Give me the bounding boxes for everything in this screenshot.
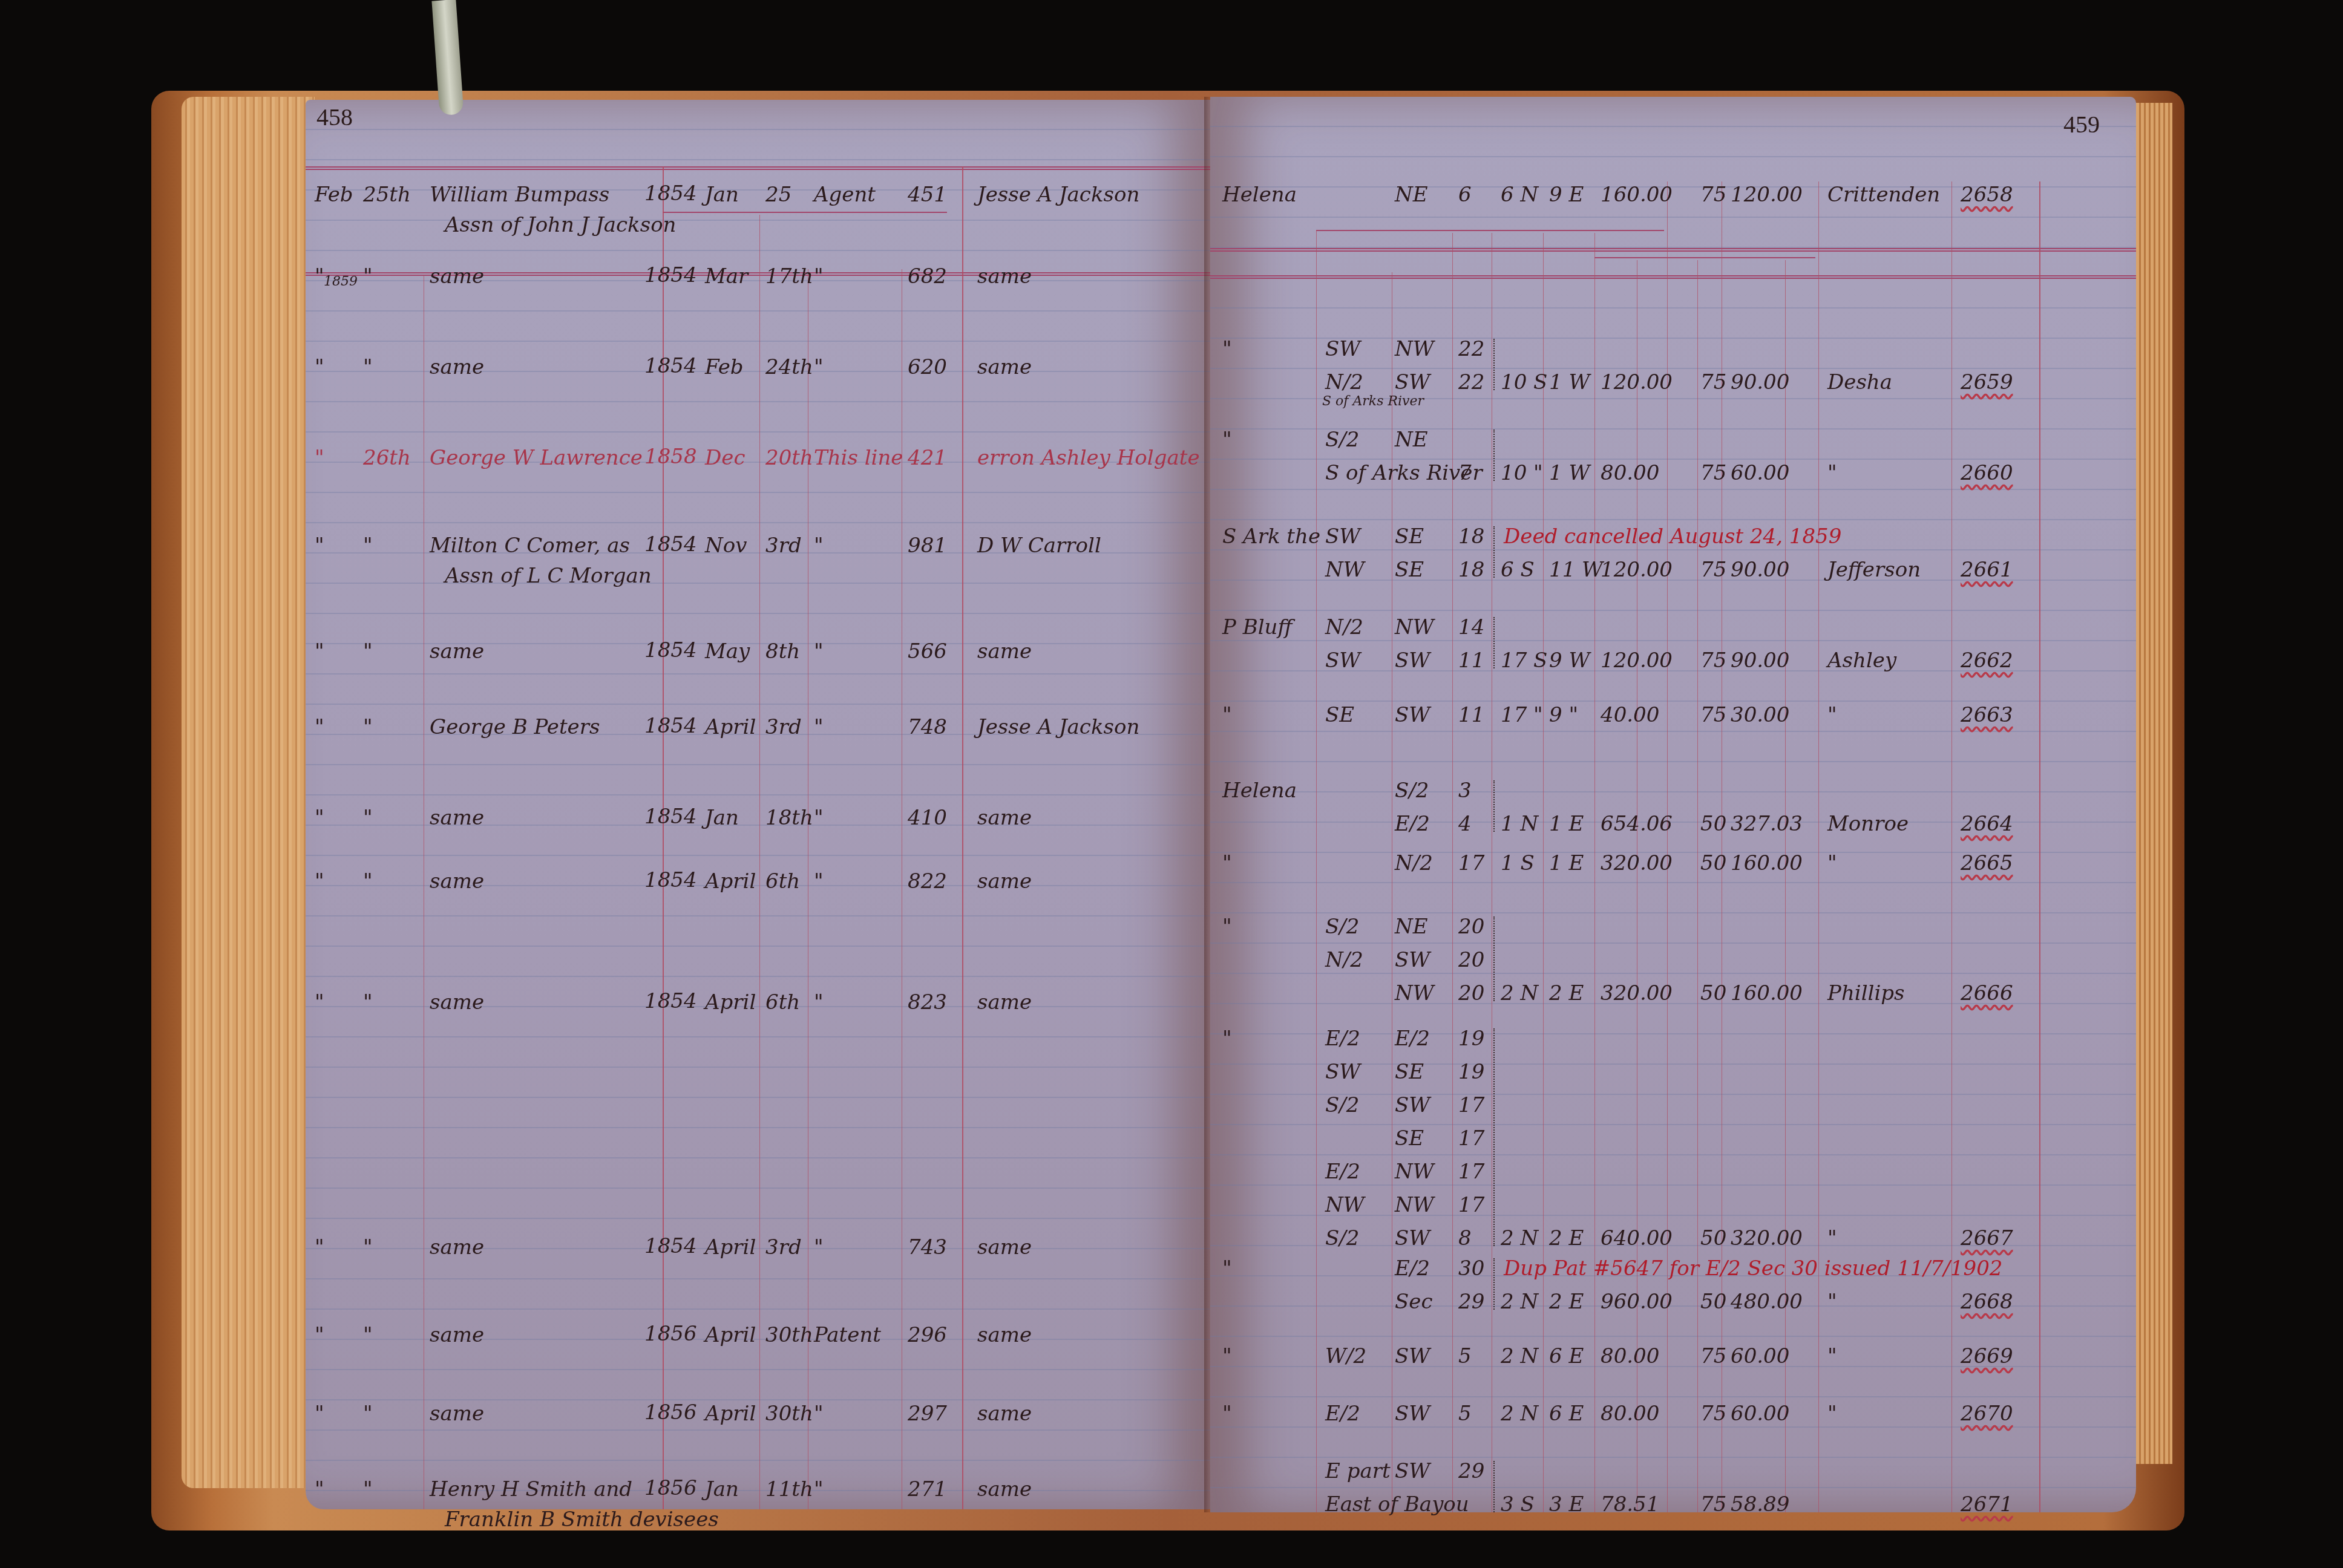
col-divider [1594,233,1595,1512]
left-entry-date-month: Mar [705,266,748,287]
township: 10 " [1501,463,1543,483]
rate-cents: 50 [1700,1292,1726,1312]
left-entry-date-month: Nov [705,535,747,556]
subdivision-part: E/2 [1325,1161,1360,1182]
header-subrule [1316,230,1664,231]
section-number: 17 [1458,1095,1484,1116]
left-entry-date-year: 1858 [644,446,697,467]
red-annotation: Dup Pat #5647 for E/2 Sec 30 issued 11/7… [1504,1258,2003,1279]
rate-cents: 75 [1700,650,1726,671]
grouping-brace [1493,780,1499,832]
section-number: 18 [1458,560,1484,580]
amount-paid: 90.00 [1731,650,1789,671]
left-entry-day: " [363,266,373,287]
col-divider [759,215,760,1509]
page-number-left: 458 [316,103,353,131]
left-entry-day: " [363,641,373,662]
subdivision-part: East of Bayou [1325,1494,1469,1515]
section-number: 22 [1458,372,1484,393]
grouping-brace [1493,430,1499,481]
rate-cents: 75 [1700,1346,1726,1367]
certificate-number: 2668 [1961,1292,2013,1312]
left-entry-date-year: 1854 [644,640,697,661]
left-entry-type: " [814,992,824,1013]
county: " [1827,1403,1837,1424]
subdivision-part: E/2 [1325,1403,1360,1424]
rate-cents: 50 [1700,1228,1726,1249]
land-office: " [1222,430,1232,450]
range: 3 E [1549,1494,1584,1515]
header-subrule [663,212,947,213]
left-entry-agent: same [977,1403,1032,1424]
land-office: " [1222,1028,1232,1049]
top-rule [306,166,1210,170]
section-number: 7 [1458,463,1472,483]
left-entry-agent: Jesse A Jackson [977,185,1139,205]
amount-paid: 160.00 [1731,983,1803,1004]
acres: 160.00 [1601,185,1673,205]
rate-cents: 50 [1700,983,1726,1004]
grouping-brace [1493,339,1499,390]
left-entry-date-day: 3rd [765,1237,802,1258]
rate-cents: 75 [1700,463,1726,483]
left-entry-day: " [363,1403,373,1424]
county: " [1827,1346,1837,1367]
left-entry-month: " [315,357,324,377]
left-entry-agent: erron Ashley Holgate [977,448,1200,468]
amount-paid: 60.00 [1731,1346,1789,1367]
quarter-section: SE [1395,1128,1424,1149]
left-entry-date-month: Jan [705,1479,739,1500]
range: 1 E [1549,853,1584,874]
left-entry-type: " [814,717,824,737]
acres: 640.00 [1601,1228,1673,1249]
left-entry-date-year: 1856 [644,1402,697,1423]
range: 6 E [1549,1346,1584,1367]
page-number-right: 459 [2063,110,2100,139]
left-entry-date-month: April [705,717,756,737]
rate-cents: 75 [1700,372,1726,393]
quarter-section: S/2 [1395,780,1429,801]
range: 1 W [1549,372,1590,393]
quarter-section: NE [1395,430,1428,450]
section-number: 6 [1458,185,1472,205]
section-number: 14 [1458,617,1484,638]
certificate-number: 2666 [1961,983,2013,1004]
col-divider [1492,233,1492,1512]
left-entry-month: " [315,448,324,468]
section-number: 20 [1458,916,1484,937]
left-entry-day: " [363,717,373,737]
range: 2 E [1549,1292,1584,1312]
amount-paid: 30.00 [1731,705,1789,725]
township: 3 S [1501,1494,1535,1515]
col-divider [1697,260,1698,1512]
subdivision-part: S/2 [1325,916,1359,937]
left-entry-date-day: 24th [765,357,813,377]
left-entry-type: " [814,1479,824,1500]
rate-cents: 75 [1700,705,1726,725]
col-divider [1951,181,1952,1512]
left-entry-date-day: 8th [765,641,800,662]
left-entry-number: 297 [908,1403,947,1424]
land-office: Helena [1222,185,1297,205]
ruled-lines [306,100,1210,1509]
left-entry-month: " [315,717,324,737]
acres: 654.06 [1601,814,1673,834]
township: 6 N [1501,185,1538,205]
quarter-section: E/2 [1395,1258,1430,1279]
left-entry-date-year: 1854 [644,716,697,736]
left-entry-date-day: 20th [765,448,813,468]
acres: 120.00 [1601,372,1673,393]
subdivision-part: W/2 [1325,1346,1366,1367]
left-entry-day: " [363,1237,373,1258]
top-rule [1210,248,2136,252]
left-entry-date-month: Jan [705,185,739,205]
quarter-section: SW [1395,1346,1430,1367]
left-entry-number: 682 [908,266,947,287]
left-entry-number: 296 [908,1325,947,1345]
certificate-number: 2664 [1961,814,2013,834]
grouping-brace [1493,916,1499,1001]
subdivision-part: N/2 [1325,950,1363,970]
section-number: 11 [1458,705,1484,725]
section-number: 4 [1458,814,1472,834]
amount-paid: 90.00 [1731,560,1789,580]
quarter-section: N/2 [1395,853,1433,874]
left-entry-date-day: 18th [765,808,813,828]
range: 9 W [1549,650,1590,671]
section-number: 18 [1458,526,1484,547]
range: 2 E [1549,983,1584,1004]
left-entry-type: " [814,535,824,556]
col-divider [1452,233,1453,1512]
certificate-number: 2667 [1961,1228,2013,1249]
grouping-brace [1493,617,1499,668]
left-entry-day: " [363,357,373,377]
left-entry-type: " [814,266,824,287]
range: 9 E [1549,185,1584,205]
left-entry-date-month: April [705,1325,756,1345]
quarter-section: E/2 [1395,814,1430,834]
left-entry-number: 743 [908,1237,947,1258]
left-entry-agent: same [977,1237,1032,1258]
left-entry-name: George W Lawrence [430,448,643,468]
col-divider [1637,260,1637,1512]
land-office: " [1222,853,1232,874]
left-entry-agent: same [977,641,1032,662]
amount-paid: 120.00 [1731,185,1803,205]
left-entry-type: " [814,1237,824,1258]
left-entry-name: same [430,357,484,377]
amount-paid: 60.00 [1731,1403,1789,1424]
left-entry-day: " [363,992,373,1013]
quarter-section: NE [1395,185,1428,205]
subdivision-part: S/2 [1325,1228,1359,1249]
quarter-section: NW [1395,1195,1434,1215]
amount-paid: 160.00 [1731,853,1803,874]
left-entry-agent: same [977,1479,1032,1500]
acres: 78.51 [1601,1494,1659,1515]
township: 2 N [1501,983,1538,1004]
quarter-section: SW [1395,1228,1430,1249]
left-entry-type: Agent [814,185,876,205]
left-entry-month: " [315,1325,324,1345]
left-entry-day: " [363,1479,373,1500]
range: 1 W [1549,463,1590,483]
left-entry-name-line2: Franklin B Smith devisees [445,1509,719,1530]
subdivision-part: SW [1325,650,1360,671]
grouping-brace [1493,1258,1499,1310]
section-number: 29 [1458,1292,1484,1312]
left-entry-type: " [814,1403,824,1424]
subdivision-part: SW [1325,526,1360,547]
left-entry-date-month: May [705,641,750,662]
left-entry-number: 823 [908,992,947,1013]
subdivision-part: N/2 [1325,372,1363,393]
col-divider [1818,181,1819,1512]
land-office: P Bluff [1222,617,1293,638]
left-entry-month: " [315,535,324,556]
left-entry-name: same [430,1237,484,1258]
left-entry-month: " [315,871,324,892]
land-office: " [1222,1403,1232,1424]
left-entry-type: " [814,641,824,662]
left-entry-agent: Jesse A Jackson [977,717,1139,737]
quarter-section: SW [1395,705,1430,725]
left-entry-date-month: April [705,1403,756,1424]
certificate-number: 2659 [1961,372,2013,393]
township: 17 " [1501,705,1543,725]
left-entry-month: " [315,266,324,287]
township: 2 N [1501,1292,1538,1312]
left-page: 458 Feb25thWilliam Bumpass1854Jan25Agent… [306,100,1210,1509]
acres: 80.00 [1601,1346,1659,1367]
col-divider [1543,233,1544,1512]
left-entry-date-month: Feb [705,357,744,377]
county: " [1827,705,1837,725]
left-entry-day: 25th [363,185,411,205]
section-number: 3 [1458,780,1472,801]
col-divider [962,166,963,1509]
certificate-number: 2662 [1961,650,2013,671]
left-entry-name: same [430,266,484,287]
land-office: " [1222,339,1232,359]
quarter-section: SW [1395,1403,1430,1424]
county: Jefferson [1827,560,1921,580]
left-entry-name: same [430,1403,484,1424]
left-entry-date-month: Dec [705,448,745,468]
section-number: 5 [1458,1403,1472,1424]
left-entry-date-day: 17th [765,266,813,287]
amount-paid: 327.03 [1731,814,1803,834]
left-entry-agent: same [977,1325,1032,1345]
rate-cents: 75 [1700,185,1726,205]
left-entry-date-month: April [705,871,756,892]
page-edge-rule [2039,181,2040,1512]
amount-paid: 480.00 [1731,1292,1803,1312]
township: 2 N [1501,1403,1538,1424]
county: Monroe [1827,814,1909,834]
range: 6 E [1549,1403,1584,1424]
county: Phillips [1827,983,1904,1004]
certificate-number: 2661 [1961,560,2013,580]
left-entry-date-day: 30th [765,1403,813,1424]
left-entry-date-day: 25 [765,185,791,205]
section-number: 11 [1458,650,1484,671]
acres: 120.00 [1601,650,1673,671]
header-subrule [1594,257,1815,258]
left-entry-number: 620 [908,357,947,377]
certificate-number: 2669 [1961,1346,2013,1367]
county: " [1827,853,1837,874]
left-entry-type: " [814,357,824,377]
range: 9 " [1549,705,1578,725]
section-number: 20 [1458,983,1484,1004]
left-entry-date-day: 6th [765,992,800,1013]
amount-paid: 60.00 [1731,463,1789,483]
quarter-section: NW [1395,1161,1434,1182]
land-office: " [1222,705,1232,725]
subdivision-part: NW [1325,1195,1365,1215]
left-entry-date-day: 11th [765,1479,813,1500]
section-number: 19 [1458,1028,1484,1049]
grouping-brace [1493,1028,1499,1246]
subdivision-part: SW [1325,339,1360,359]
section-number: 17 [1458,1195,1484,1215]
left-entry-date-year: 1854 [644,806,697,827]
certificate-number: 2671 [1961,1494,2013,1515]
certificate-number: 2665 [1961,853,2013,874]
left-entry-name: same [430,1325,484,1345]
township: 1 S [1501,853,1535,874]
left-entry-date-year: 1854 [644,870,697,890]
quarter-section: SE [1395,526,1424,547]
left-entry-agent: same [977,357,1032,377]
county: Ashley [1827,650,1896,671]
left-entry-day: " [363,1325,373,1345]
quarter-section: NW [1395,983,1434,1004]
rate-cents: 75 [1700,1494,1726,1515]
subdivision-part: N/2 [1325,617,1363,638]
left-entry-agent: D W Carroll [977,535,1101,556]
township: 2 N [1501,1228,1538,1249]
rate-cents: 50 [1700,814,1726,834]
right-page: 459 HelenaNE66 N9 E160.0075120.00Critten… [1210,97,2136,1512]
section-number: 29 [1458,1461,1484,1481]
left-entry-number: 748 [908,717,947,737]
amount-paid: 58.89 [1731,1494,1789,1515]
left-entry-month: " [315,992,324,1013]
amount-paid: 90.00 [1731,372,1789,393]
certificate-number: 2658 [1961,185,2013,205]
section-number: 17 [1458,1161,1484,1182]
left-entry-name-line2: Assn of L C Morgan [445,566,652,586]
county: " [1827,1228,1837,1249]
left-entry-day: " [363,535,373,556]
acres: 320.00 [1601,983,1673,1004]
left-entry-month: " [315,1403,324,1424]
section-number: 19 [1458,1062,1484,1082]
land-office: " [1222,1346,1232,1367]
range: 2 E [1549,1228,1584,1249]
col-divider [1392,272,1392,1512]
left-entry-date-year: 1854 [644,534,697,555]
year-header: 1859 [324,275,358,289]
township: 2 N [1501,1346,1538,1367]
rate-cents: 75 [1700,1403,1726,1424]
left-entry-date-year: 1854 [644,991,697,1011]
quarter-section: SW [1395,1461,1430,1481]
page-edges-left [182,97,315,1488]
acres: 320.00 [1601,853,1673,874]
quarter-section: Sec [1395,1292,1432,1312]
red-annotation: Deed cancelled August 24, 1859 [1504,526,1841,547]
quarter-section: SW [1395,372,1430,393]
left-entry-date-year: 1856 [644,1478,697,1498]
section-number: 20 [1458,950,1484,970]
land-office: S Ark the [1222,526,1320,547]
grouping-brace [1493,526,1499,578]
left-entry-name: William Bumpass [430,185,609,205]
quarter-section: SW [1395,1095,1430,1116]
subdivision-part: E/2 [1325,1028,1360,1049]
left-entry-name: same [430,641,484,662]
acres: 80.00 [1601,463,1659,483]
col-divider [1785,260,1786,1512]
left-entry-name: same [430,808,484,828]
land-office: " [1222,1258,1232,1279]
left-entry-number: 822 [908,871,947,892]
col-divider [1316,230,1317,1512]
left-entry-name: Henry H Smith and [430,1479,632,1500]
acres: 40.00 [1601,705,1659,725]
rate-cents: 75 [1700,560,1726,580]
township: 17 S [1501,650,1547,671]
section-number: 5 [1458,1346,1472,1367]
quarter-section: SE [1395,1062,1424,1082]
left-entry-name-line2: Assn of John J Jackson [445,215,677,235]
left-entry-name: Milton C Comer, as [430,535,630,556]
left-entry-date-day: 6th [765,871,800,892]
left-entry-type: " [814,808,824,828]
left-entry-agent: same [977,808,1032,828]
left-entry-number: 566 [908,641,947,662]
left-entry-number: 421 [908,448,947,468]
acres: 80.00 [1601,1403,1659,1424]
subdivision-part: SW [1325,1062,1360,1082]
county: Desha [1827,372,1892,393]
left-entry-month: " [315,641,324,662]
left-entry-date-day: 30th [765,1325,813,1345]
acres: 960.00 [1601,1292,1673,1312]
certificate-number: 2660 [1961,463,2013,483]
left-entry-date-day: 3rd [765,717,802,737]
quarter-section: E/2 [1395,1028,1430,1049]
left-entry-date-day: 3rd [765,535,802,556]
left-entry-date-year: 1856 [644,1324,697,1344]
left-entry-date-month: April [705,1237,756,1258]
left-entry-name: same [430,871,484,892]
quarter-section: NW [1395,617,1434,638]
left-entry-number: 451 [908,185,947,205]
left-entry-month: " [315,808,324,828]
left-entry-name: same [430,992,484,1013]
left-entry-date-year: 1854 [644,1236,697,1256]
county: " [1827,463,1837,483]
township: 1 N [1501,814,1538,834]
